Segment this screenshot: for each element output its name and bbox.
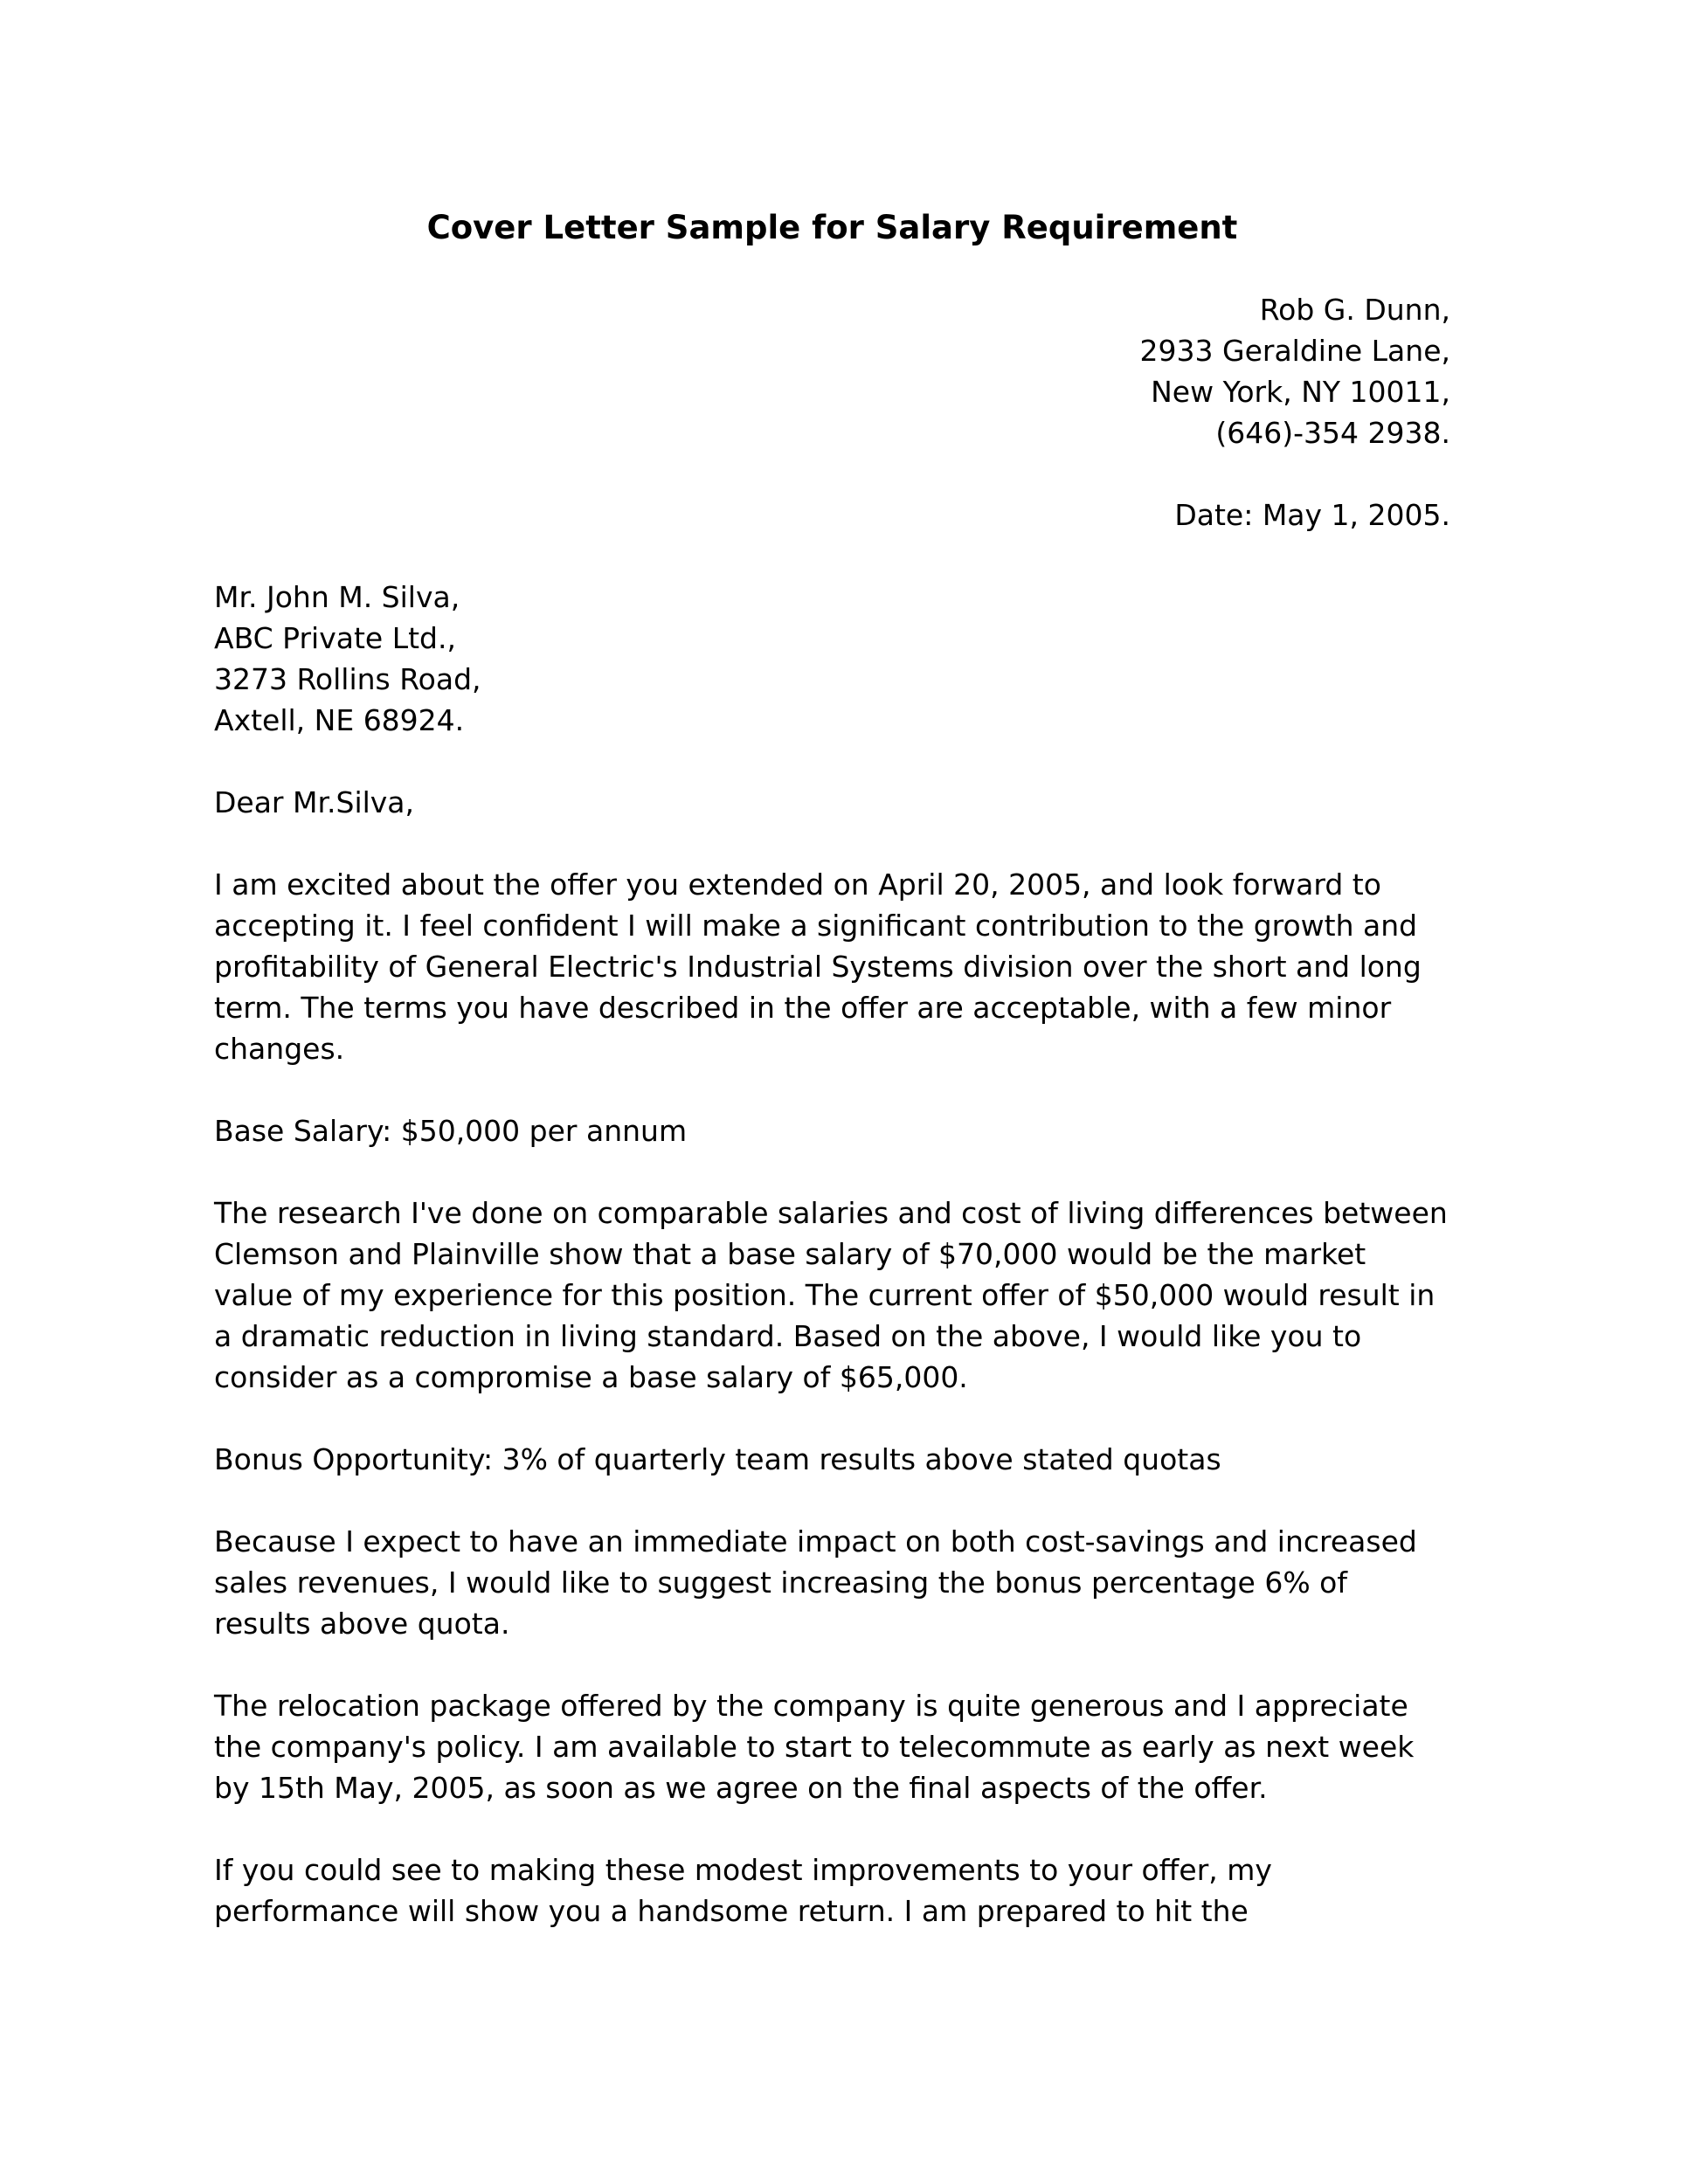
recipient-address-block: Mr. John M. Silva, ABC Private Ltd., 327… bbox=[214, 577, 1450, 741]
base-salary-line: Base Salary: $50,000 per annum bbox=[214, 1110, 1450, 1151]
salutation-block: Dear Mr.Silva, bbox=[214, 782, 1450, 823]
sender-phone-line: (646)-354 2938. bbox=[214, 412, 1450, 453]
letter-page: Cover Letter Sample for Salary Requireme… bbox=[0, 0, 1688, 2184]
paragraph-closing: If you could see to making these modest … bbox=[214, 1849, 1450, 1932]
date-block: Date: May 1, 2005. bbox=[214, 494, 1450, 536]
recipient-city-line: Axtell, NE 68924. bbox=[214, 700, 1450, 741]
document-title: Cover Letter Sample for Salary Requireme… bbox=[214, 207, 1450, 248]
recipient-name-line: Mr. John M. Silva, bbox=[214, 577, 1450, 618]
paragraph-relocation: The relocation package offered by the co… bbox=[214, 1685, 1450, 1808]
sender-name-line: Rob G. Dunn, bbox=[214, 289, 1450, 330]
sender-address-block: Rob G. Dunn, 2933 Geraldine Lane, New Yo… bbox=[214, 289, 1450, 453]
recipient-company-line: ABC Private Ltd., bbox=[214, 618, 1450, 659]
paragraph-offer-acceptance: I am excited about the offer you extende… bbox=[214, 864, 1450, 1069]
paragraph-bonus-request: Because I expect to have an immediate im… bbox=[214, 1521, 1450, 1644]
bonus-opportunity-line: Bonus Opportunity: 3% of quarterly team … bbox=[214, 1439, 1450, 1480]
date-line: Date: May 1, 2005. bbox=[214, 494, 1450, 536]
salutation: Dear Mr.Silva, bbox=[214, 782, 1450, 823]
paragraph-salary-research: The research I've done on comparable sal… bbox=[214, 1192, 1450, 1398]
sender-street-line: 2933 Geraldine Lane, bbox=[214, 330, 1450, 371]
sender-city-line: New York, NY 10011, bbox=[214, 371, 1450, 412]
recipient-street-line: 3273 Rollins Road, bbox=[214, 659, 1450, 700]
